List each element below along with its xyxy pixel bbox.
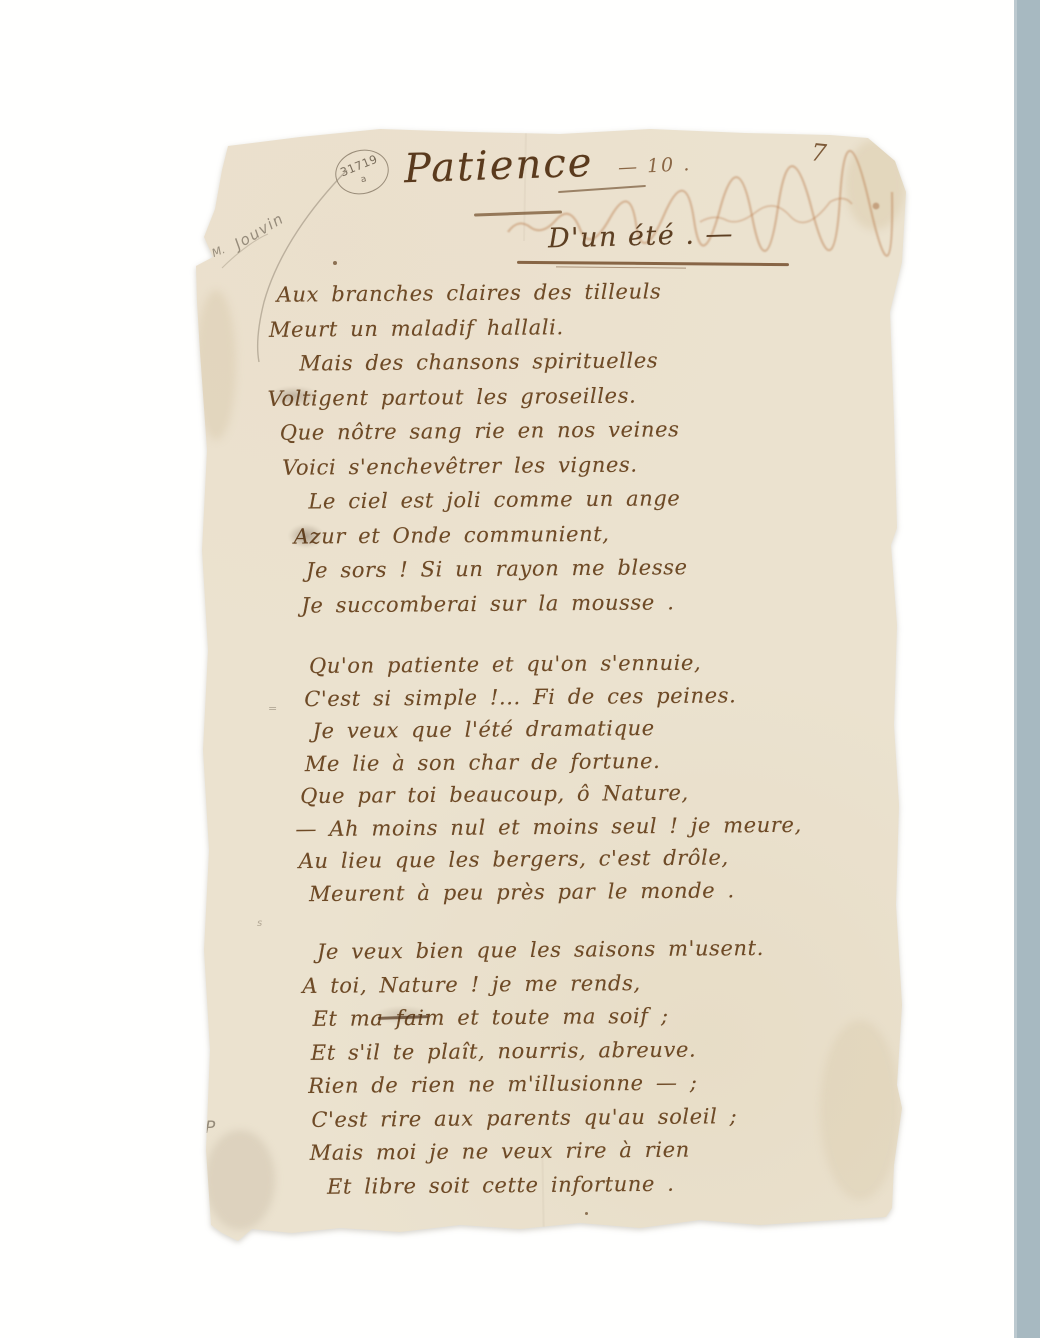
manuscript-paper: 31719 a Jouvin M. Patience — 10 . 7 <box>0 0 1040 1338</box>
poem-subtitle: D'un été . — <box>548 219 735 255</box>
subtitle-underline-2 <box>556 266 686 268</box>
poem-line: Je veux bien que les saisons m'usent. <box>317 932 764 969</box>
poem-line: Aux branches claires des tilleuls <box>277 274 686 312</box>
poem-line: Je veux que l'été dramatique <box>312 711 801 748</box>
inventory-stamp: 31719 a <box>330 144 393 200</box>
poem-line: Meurt un maladif hallali. <box>269 309 686 347</box>
margin-letter-p: P <box>205 1118 215 1138</box>
margin-tick: s <box>257 918 262 929</box>
inventory-letter: a <box>360 174 368 185</box>
poem-line: A toi, Nature ! je me rends, <box>302 965 764 1003</box>
ink-blot-voltigent <box>268 386 320 406</box>
poem-line: C'est rire aux parents qu'au soleil ; <box>311 1099 765 1136</box>
poem-line: Que nôtre sang rie en nos veines <box>280 412 687 450</box>
poem-line: Mais des chansons spirituelles <box>299 343 686 381</box>
ink-speck <box>585 1212 588 1215</box>
poem-line: Rien de rien ne m'illusionne — ; <box>308 1066 765 1103</box>
ink-speck <box>333 261 337 265</box>
poem-line: Me lie à son char de fortune. <box>305 743 802 780</box>
right-color-band <box>1014 0 1040 1338</box>
poem-line: Mais moi je ne veux rire à rien <box>310 1133 766 1170</box>
poem-line: Qu'on patiente et qu'on s'ennuie, <box>309 646 801 683</box>
photo-backdrop: 31719 a Jouvin M. Patience — 10 . 7 <box>0 0 1040 1338</box>
poem-line: — Ah moins nul et moins seul ! je meure, <box>295 808 802 845</box>
poem-stanza-2: Qu'on patiente et qu'on s'ennuie, C'est … <box>289 646 803 910</box>
paper-stain <box>845 140 905 230</box>
leaf-number: 7 <box>810 138 828 167</box>
price-code: — 10 . <box>617 153 691 179</box>
poem-line: Le ciel est joli comme un ange <box>308 481 687 519</box>
margin-tick: = <box>268 702 277 715</box>
margin-initial-mark: M. <box>210 243 227 260</box>
poem-line: Voici s'enchevêtrer les vignes. <box>282 447 687 485</box>
poem-line: Azur et Onde communient, <box>294 516 688 554</box>
poem-line: Je sors ! Si un rayon me blesse <box>306 550 688 588</box>
poem-line: Voltigent partout les groseilles. <box>267 378 686 416</box>
ink-blot-azur <box>288 524 324 548</box>
poem-stanza-3: Je veux bien que les saisons m'usent. A … <box>295 932 766 1204</box>
poem-line: Au lieu que les bergers, c'est drôle, <box>299 841 803 878</box>
poem-line: Que par toi beaucoup, ô Nature, <box>300 776 802 813</box>
poem-stanza-1: Aux branches claires des tilleuls Meurt … <box>267 274 688 623</box>
poem-line: Et libre soit cette infortune . <box>327 1166 766 1203</box>
pencil-inscription: Jouvin <box>231 209 287 253</box>
paper-stain <box>196 290 236 440</box>
poem-line: Meurent à peu près par le monde . <box>309 873 803 910</box>
poem-line: Je succomberai sur la mousse . <box>301 585 688 623</box>
manuscript-paper-shadow: 31719 a Jouvin M. Patience — 10 . 7 <box>0 0 1040 1338</box>
paper-stain <box>820 1020 900 1200</box>
title-separator-rule <box>474 210 562 216</box>
paper-stain <box>205 1130 275 1230</box>
poem-title: Patience <box>403 140 594 193</box>
poem-line: C'est si simple !... Fi de ces peines. <box>304 678 801 715</box>
poem-line: Et s'il te plaît, nourris, abreuve. <box>311 1032 765 1069</box>
subtitle-underline <box>517 261 789 266</box>
